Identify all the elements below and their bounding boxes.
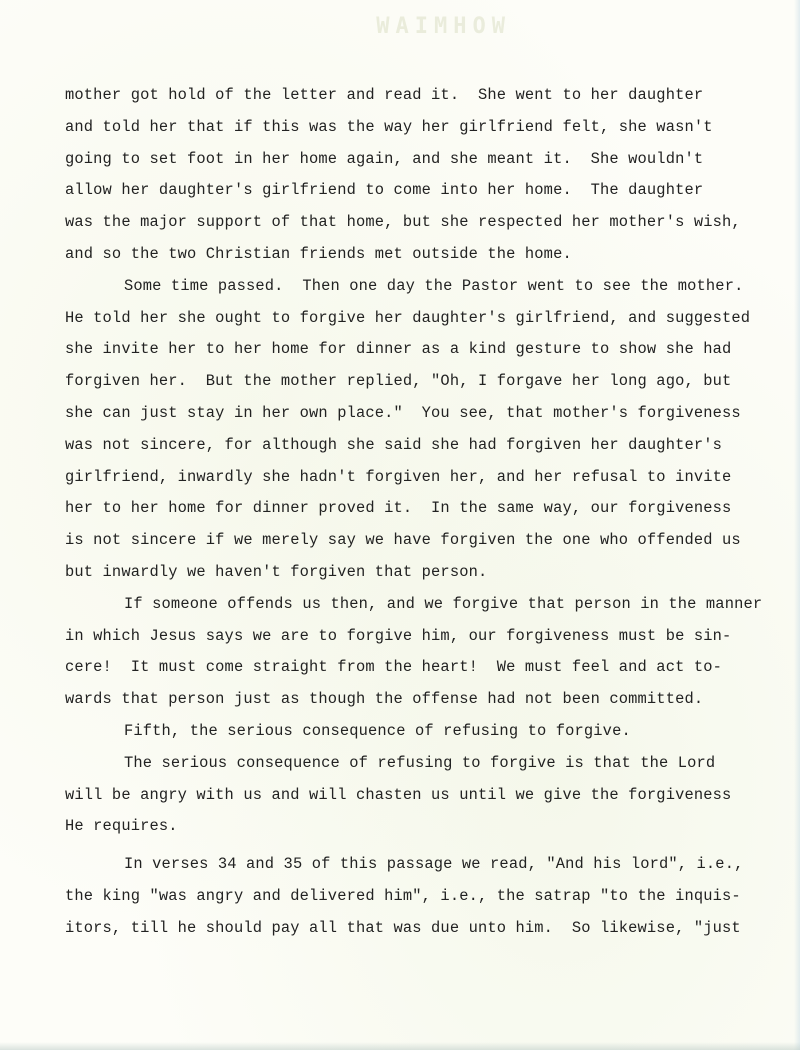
page-edge-right [794,0,800,1050]
text-line: she invite her to her home for dinner as… [65,334,785,366]
text-line: and so the two Christian friends met out… [65,239,785,271]
text-line: she can just stay in her own place." You… [65,398,785,430]
bleed-through-text: WOHMIAW [205,14,505,64]
text-line: was the major support of that home, but … [65,207,785,239]
text-line: He requires. [65,811,785,843]
text-line: the king "was angry and delivered him", … [65,881,785,913]
text-line: cere! It must come straight from the hea… [65,652,785,684]
text-line: He told her she ought to forgive her dau… [65,303,785,335]
text-line: If someone offends us then, and we forgi… [65,589,785,621]
text-line: going to set foot in her home again, and… [65,144,785,176]
text-line: wards that person just as though the off… [65,684,785,716]
text-line: itors, till he should pay all that was d… [65,913,785,945]
typewritten-body: mother got hold of the letter and read i… [65,80,785,945]
text-line: allow her daughter's girlfriend to come … [65,175,785,207]
text-line: Some time passed. Then one day the Pasto… [65,271,785,303]
text-line: In verses 34 and 35 of this passage we r… [65,849,785,881]
text-line: will be angry with us and will chasten u… [65,780,785,812]
scanned-page: WOHMIAW mother got hold of the letter an… [0,0,800,1050]
text-line: girlfriend, inwardly she hadn't forgiven… [65,462,785,494]
text-line: The serious consequence of refusing to f… [65,748,785,780]
text-line: Fifth, the serious consequence of refusi… [65,716,785,748]
text-line: was not sincere, for although she said s… [65,430,785,462]
text-line: is not sincere if we merely say we have … [65,525,785,557]
text-line: but inwardly we haven't forgiven that pe… [65,557,785,589]
text-line: mother got hold of the letter and read i… [65,80,785,112]
text-line: her to her home for dinner proved it. In… [65,493,785,525]
text-line: forgiven her. But the mother replied, "O… [65,366,785,398]
text-line: and told her that if this was the way he… [65,112,785,144]
text-line: in which Jesus says we are to forgive hi… [65,621,785,653]
page-edge-bottom [0,1042,800,1050]
